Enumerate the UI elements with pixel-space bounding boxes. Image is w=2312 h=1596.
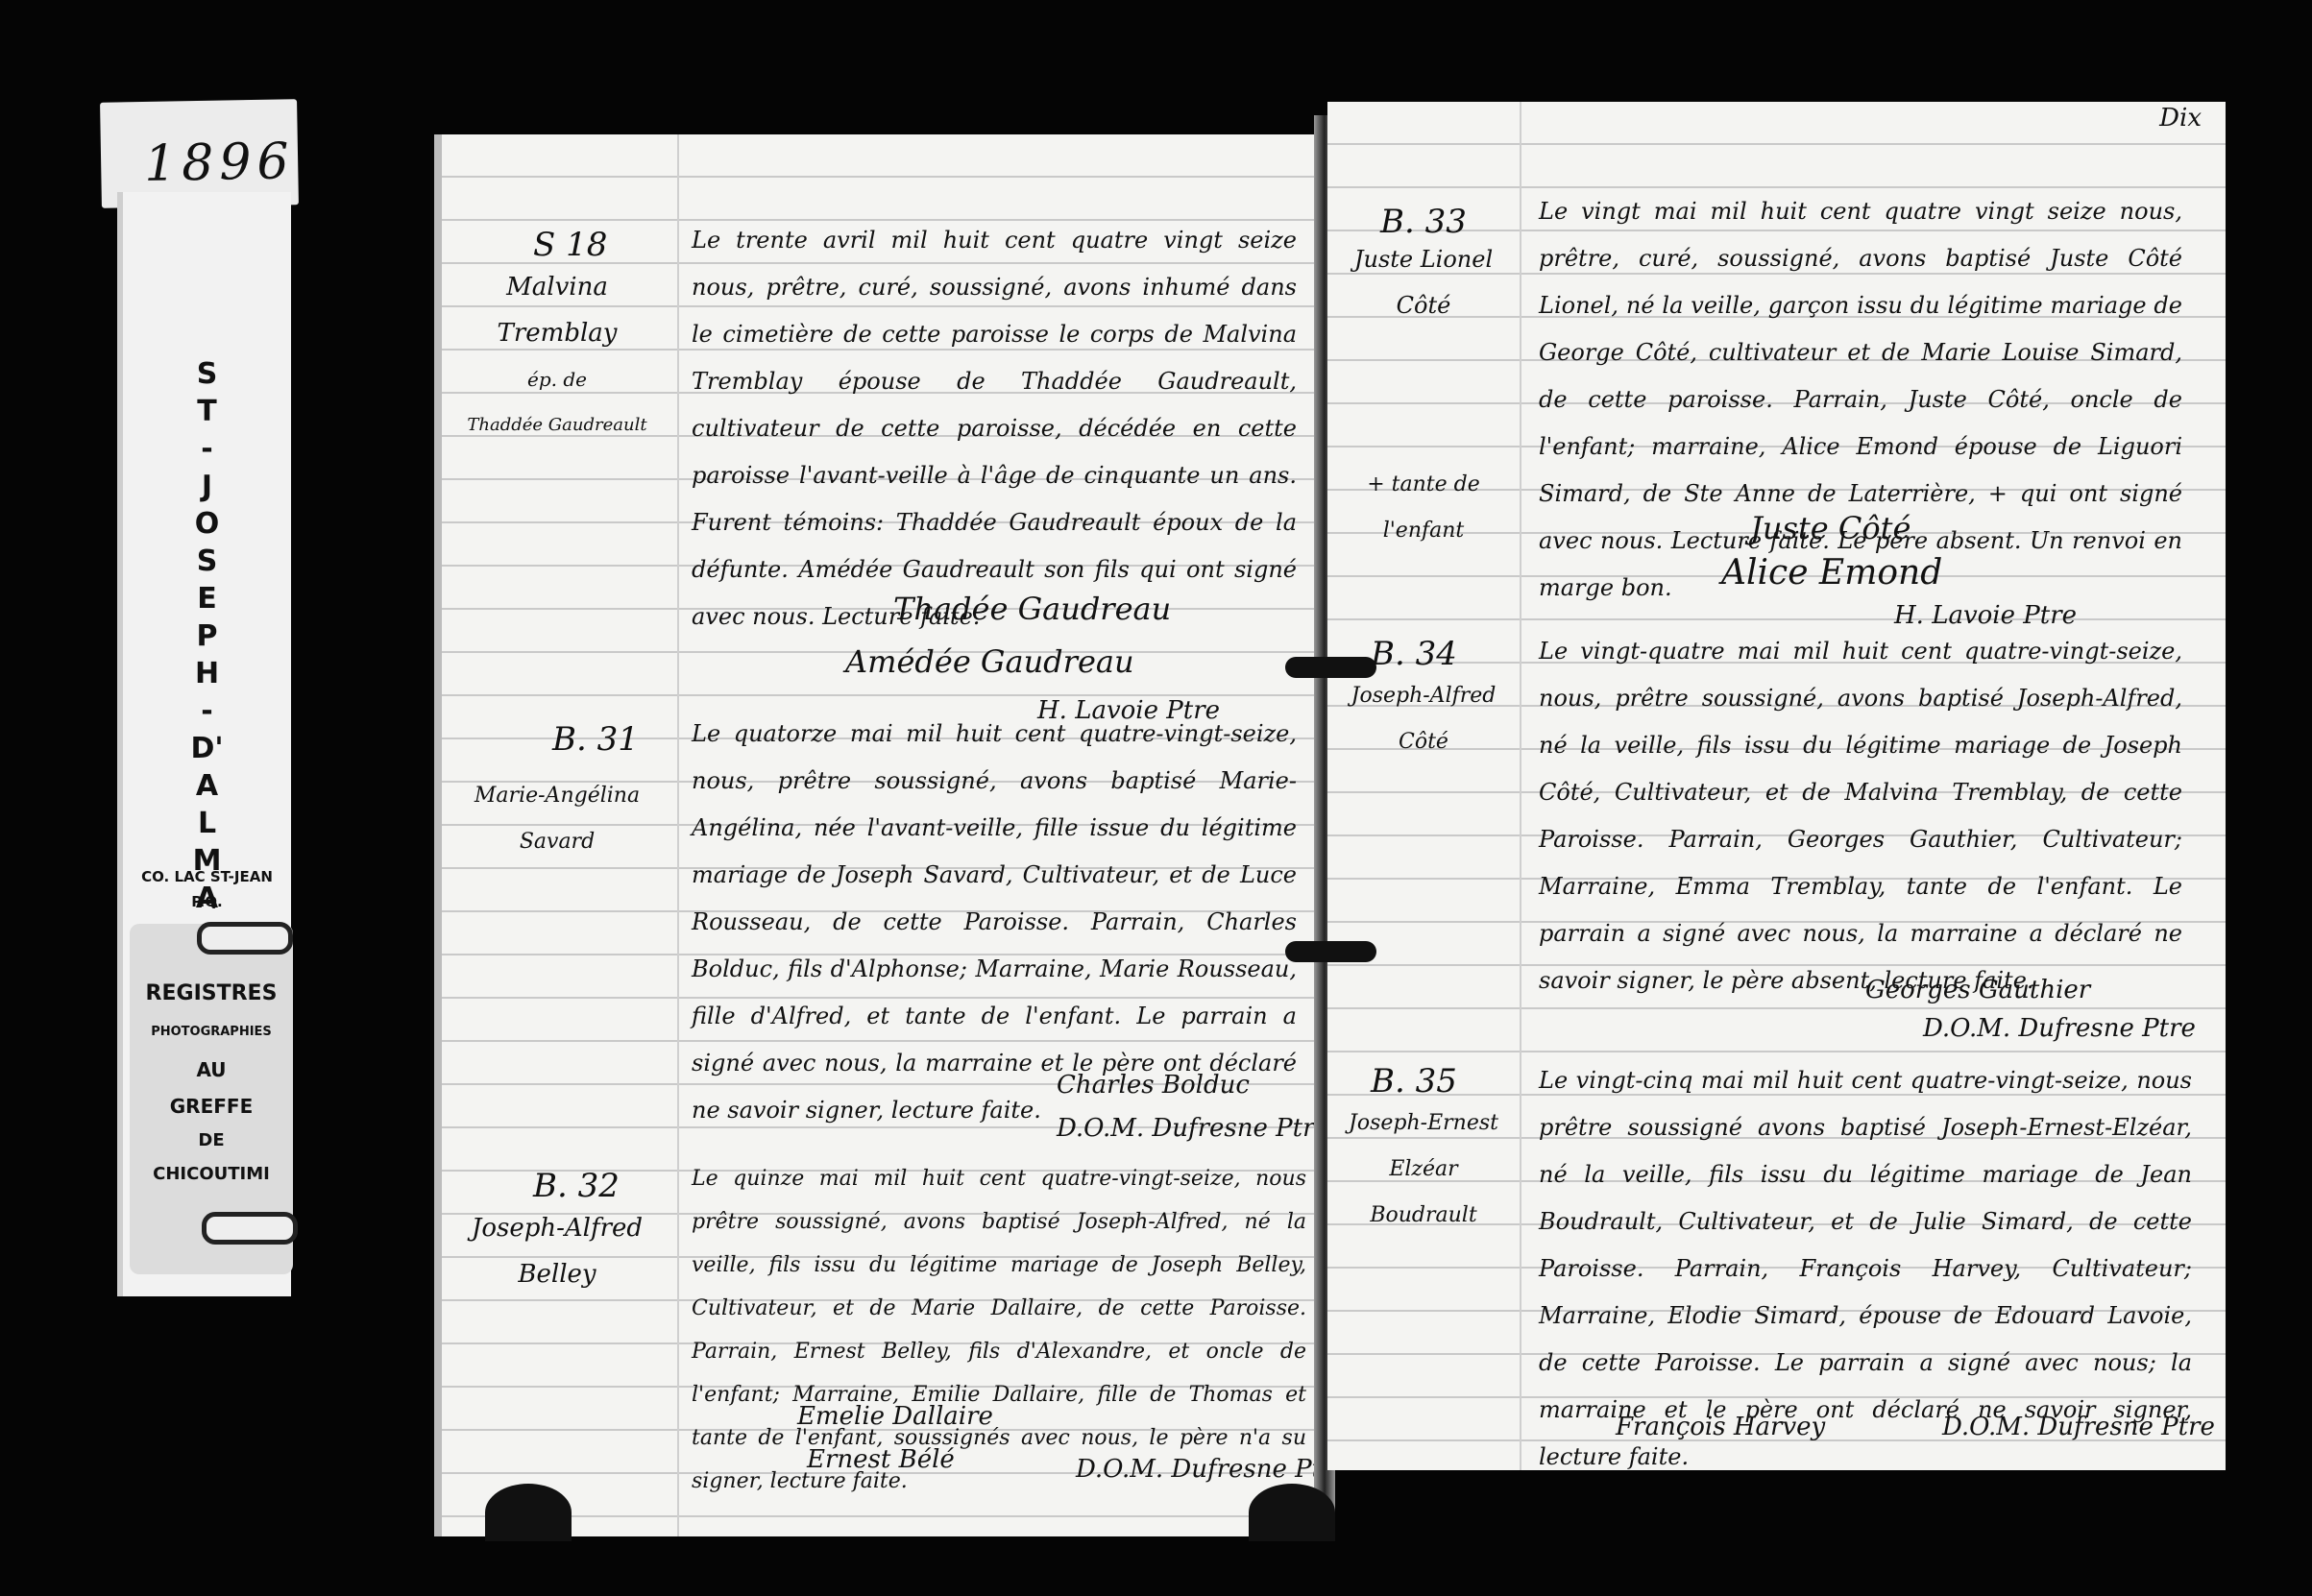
entry-number: B. 33 [1380, 203, 1467, 241]
signature: D.O.M. Dufresne Ptre [1057, 1114, 1326, 1143]
stamp-line: AU [130, 1058, 293, 1081]
signature: H. Lavoie Ptre [1894, 601, 2077, 630]
entry-margin-name: Joseph-Ernest Elzéar Boudrault [1327, 1100, 1520, 1239]
spine-letter: S [123, 355, 291, 393]
margin-line: Elzéar [1327, 1147, 1520, 1193]
spine-letter: J [123, 468, 291, 505]
signature: Emelie Dallaire [797, 1402, 993, 1431]
margin-line: Joseph-Alfred [442, 1205, 672, 1251]
margin-line: l'enfant [1327, 508, 1520, 554]
entry-number: B. 31 [552, 720, 639, 759]
entry-number: B. 35 [1371, 1062, 1457, 1100]
margin-line: Savard [442, 819, 672, 865]
county-line: CO. LAC ST-JEAN [123, 864, 291, 889]
spine-letter: D' [123, 730, 291, 767]
entry-number: B. 34 [1371, 635, 1457, 673]
entry-number: S 18 [533, 226, 607, 264]
spine-letter: O [123, 505, 291, 543]
entry-margin-note: + tante de l'enfant [1327, 462, 1520, 554]
spine-letter: E [123, 580, 291, 617]
province-line: P.Q. [123, 889, 291, 914]
stamp-line: GREFFE [130, 1095, 293, 1118]
register-page-left: S 18 Malvina Tremblay ép. de Thaddée Gau… [434, 134, 1326, 1536]
entry-margin-name: Marie-Angélina Savard [442, 773, 672, 865]
spine-letter: T [123, 393, 291, 430]
signature: Charles Bolduc [1057, 1071, 1250, 1100]
spine-letter: A [123, 767, 291, 805]
spine-letter: P [123, 617, 291, 655]
margin-line: Côté [1327, 719, 1520, 765]
margin-rule [677, 134, 679, 1536]
county-label: CO. LAC ST-JEAN P.Q. [123, 864, 291, 914]
stamp-line: PHOTOGRAPHIES [130, 1025, 293, 1039]
signature: Amédée Gaudreau [845, 643, 1134, 680]
margin-line: Tremblay [442, 310, 672, 356]
entry-margin-name: Juste Lionel Côté [1327, 236, 1520, 328]
signature: Georges Gauthier [1865, 976, 2090, 1004]
signature: D.O.M. Dufresne Ptre [1942, 1413, 2215, 1441]
signature: Thadée Gaudreau [893, 591, 1171, 627]
margin-line: + tante de [1327, 462, 1520, 508]
parish-name-vertical: S T - J O S E P H - D' A L M A [123, 355, 291, 917]
margin-line: Malvina [442, 264, 672, 310]
entry-number: B. 32 [533, 1167, 620, 1205]
paper-clip-icon [197, 922, 293, 955]
register-page-right: Dix B. 33 Juste Lionel Côté + tante de l… [1327, 102, 2226, 1470]
binder-ring-icon [1285, 941, 1376, 962]
entry-margin-name: Joseph-Alfred Belley [442, 1205, 672, 1297]
margin-line: Côté [1327, 282, 1520, 328]
spine-letter: L [123, 805, 291, 842]
signature: D.O.M. Dufresne Ptre [1923, 1014, 2196, 1043]
signature: François Harvey [1616, 1413, 1825, 1441]
entry-body-text: Le vingt-quatre mai mil huit cent quatre… [1539, 628, 2182, 1004]
page-curl-shadow [1249, 1484, 1335, 1541]
spine-letter: - [123, 692, 291, 730]
stamp-line: CHICOUTIMI [130, 1164, 293, 1184]
binder-ring-icon [1285, 657, 1376, 678]
margin-rule [1520, 102, 1521, 1470]
margin-line: Boudrault [1327, 1193, 1520, 1239]
page-curl-shadow [485, 1484, 572, 1541]
paper-clip-icon [202, 1212, 298, 1245]
stamp-line: REGISTRES [130, 981, 293, 1005]
spine-letter: - [123, 430, 291, 468]
signature: D.O.M. Dufresne Ptre [1076, 1455, 1326, 1484]
signature: Alice Emond [1721, 553, 1942, 592]
entry-margin-name: Malvina Tremblay ép. de Thaddée Gaudreau… [442, 264, 672, 448]
spine-letter: S [123, 543, 291, 580]
margin-line: Juste Lionel [1327, 236, 1520, 282]
margin-line: Joseph-Alfred [1327, 673, 1520, 719]
entry-body-text: Le quinze mai mil huit cent quatre-vingt… [692, 1157, 1306, 1503]
signature: Ernest Bélé [807, 1445, 955, 1474]
stamp-line: DE [130, 1130, 293, 1150]
entry-body-text: Le vingt mai mil huit cent quatre vingt … [1539, 188, 2182, 612]
entry-margin-name: Joseph-Alfred Côté [1327, 673, 1520, 765]
entry-body-text: Le trente avril mil huit cent quatre vin… [692, 217, 1297, 641]
margin-line: Joseph-Ernest [1327, 1100, 1520, 1147]
margin-line: ép. de [442, 356, 672, 402]
spine-letter: H [123, 655, 291, 692]
margin-line: Belley [442, 1251, 672, 1297]
margin-line: Marie-Angélina [442, 773, 672, 819]
folio-mark: Dix [2159, 104, 2202, 133]
year-text: 1896 [144, 133, 295, 193]
margin-line: Thaddée Gaudreault [442, 402, 672, 448]
signature: Juste Côté [1750, 510, 1910, 546]
entry-body-text: Le vingt-cinq mai mil huit cent quatre-v… [1539, 1057, 2192, 1470]
